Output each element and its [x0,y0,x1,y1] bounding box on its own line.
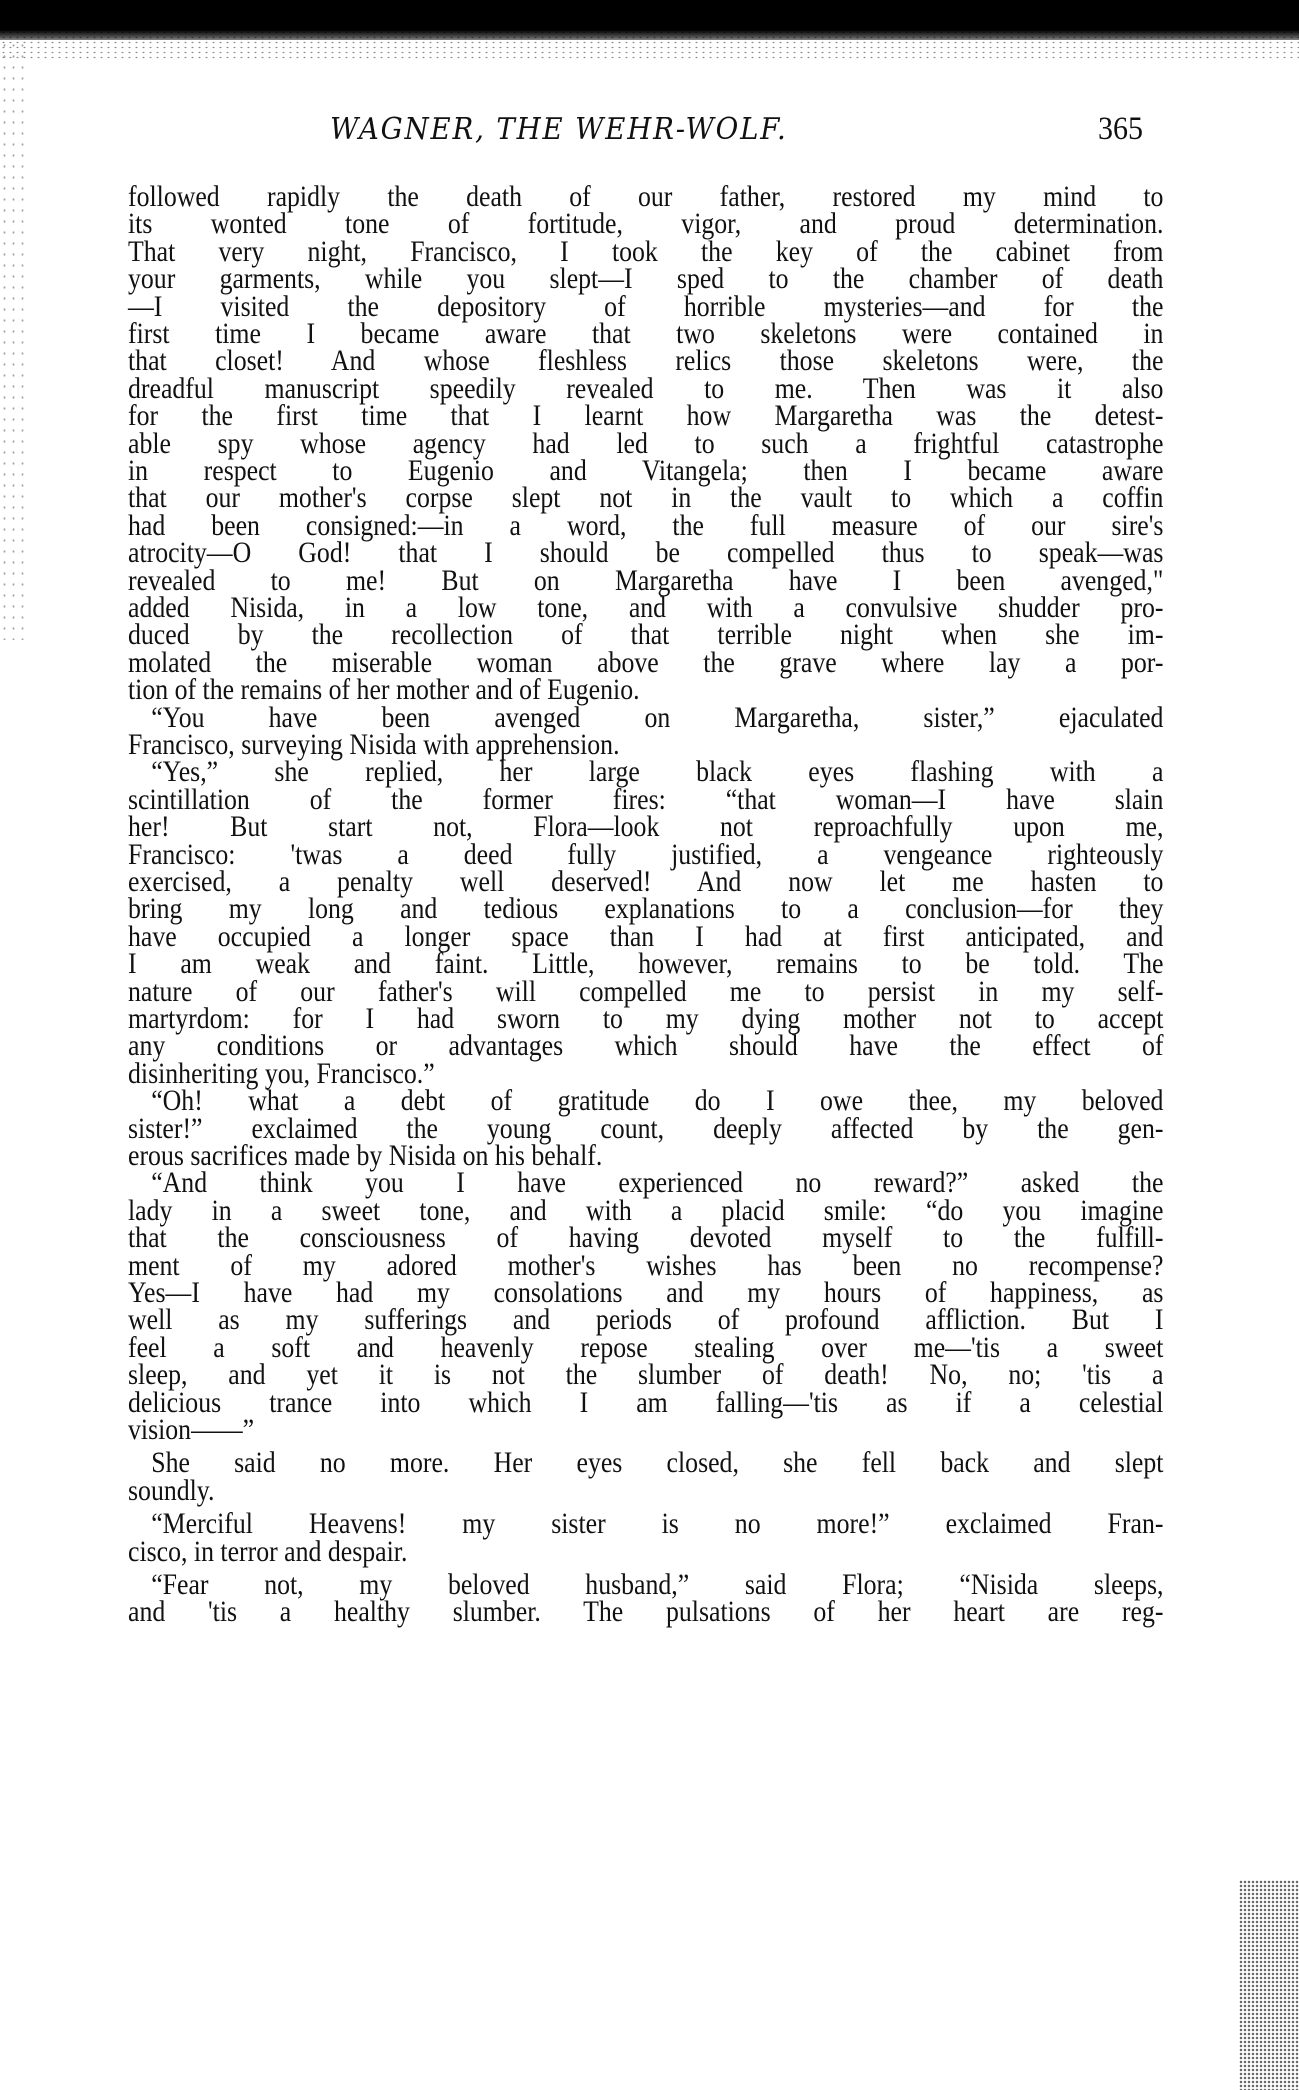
text-line: delicious trance into which I am falling… [128,1388,1163,1418]
scan-dark-border-top [0,0,1299,40]
text-line: and 'tis a healthy slumber. The pulsatio… [128,1597,1163,1627]
page-number: 365 [1098,110,1143,147]
text-line: soundly. [128,1476,1163,1506]
running-head: WAGNER, THE WEHR-WOLF. [330,112,788,147]
text-line: vision——” [128,1415,1163,1445]
scan-noise-corner [1239,1880,1299,2090]
text-line: She said no more. Her eyes closed, she f… [128,1448,1163,1478]
text-line: cisco, in terror and despair. [128,1537,1163,1567]
scan-noise-left [0,40,30,640]
